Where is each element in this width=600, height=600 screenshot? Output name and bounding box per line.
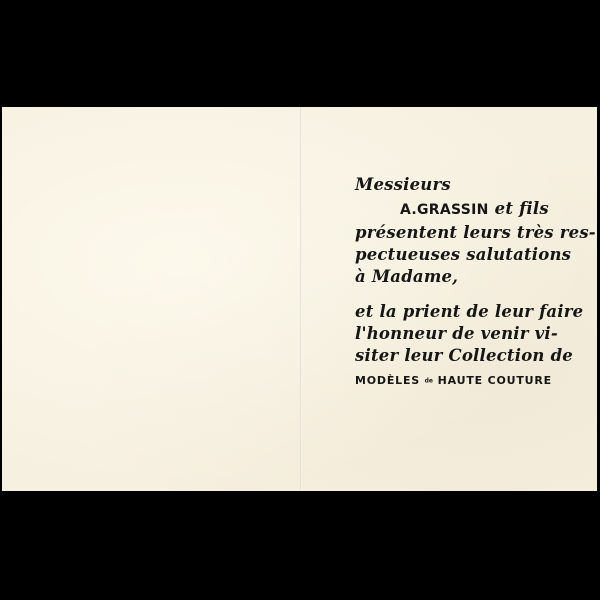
card-fold	[300, 107, 302, 491]
collection-title: MODÈLES de HAUTE COUTURE	[355, 374, 552, 387]
firm-name: A.GRASSIN	[400, 202, 489, 218]
body-line-2: pectueuses salutations	[355, 245, 571, 264]
salutation: Messieurs	[355, 175, 451, 194]
body-line-3: à Madame,	[355, 267, 458, 286]
body-line-5: l'honneur de venir vi-	[355, 324, 558, 343]
body-line-4: et la prient de leur faire	[355, 302, 583, 321]
invitation-card: Messieurs A.GRASSIN et fils présentent l…	[2, 107, 597, 491]
collection-title-part-1: MODÈLES	[355, 374, 420, 387]
firm-suffix: et fils	[495, 199, 549, 218]
body-line-6: siter leur Collection de	[355, 346, 573, 365]
collection-title-part-3: HAUTE COUTURE	[438, 374, 552, 387]
body-line-1: présentent leurs très res-	[355, 223, 596, 242]
firm-line: A.GRASSIN et fils	[400, 199, 549, 218]
collection-title-part-2: de	[425, 378, 433, 385]
